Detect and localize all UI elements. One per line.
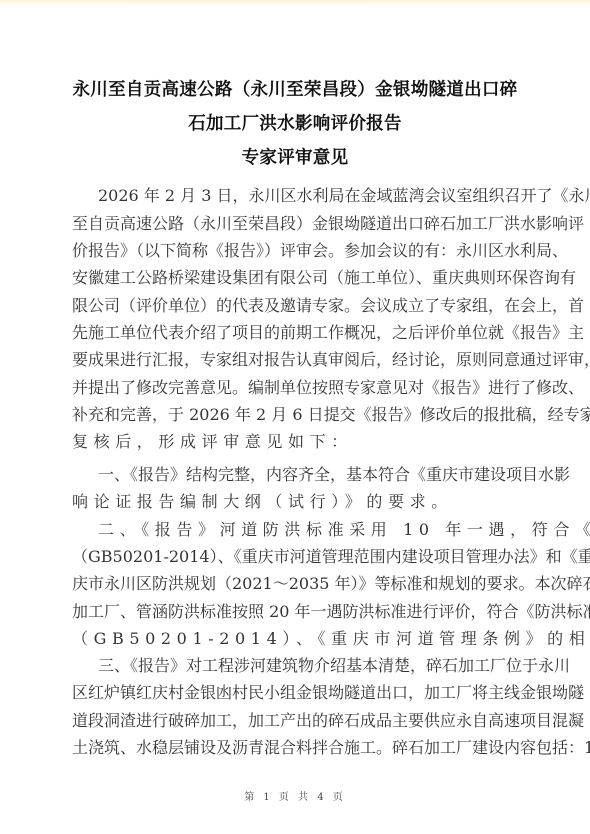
opinion-2-line: 庆市永川区防洪规划（2021～2035 年）》等标准和规划的要求。本次碎石 — [72, 574, 518, 594]
opinion-3-line: 道段洞渣进行破碎加工，加工产出的碎石成品主要供应永自高速项目混凝 — [72, 711, 518, 731]
paragraph-1-line: 先施工单位代表介绍了项目的前期工作概况，之后评价单位就《报告》主 — [72, 323, 518, 343]
opinion-2-line: 二、《报告》河道防洪标准采用 10 年一遇，符合《防洪标准》 — [98, 520, 518, 540]
opinion-3-line: 三、《报告》对工程涉河建筑物介绍基本清楚，碎石加工厂位于永川 — [98, 656, 518, 676]
paragraph-1-line: 至自贡高速公路（永川至荣昌段）金银坳隧道出口碎石加工厂洪水影响评 — [72, 214, 518, 234]
paragraph-1-line: 价报告》（以下简称《报告》）评审会。参加会议的有：永川区水利局、 — [72, 241, 518, 261]
paragraph-1-line: 安徽建工公路桥梁建设集团有限公司（施工单位）、重庆典则环保咨询有 — [72, 268, 518, 288]
opinion-3-line: 区红炉镇红庆村金银凼村民小组金银坳隧道出口，加工厂将主线金银坳隧 — [72, 683, 518, 703]
opinion-2-line: （GB50201-2014）、《重庆市河道管理条例》的相关要求。 — [72, 629, 518, 649]
paragraph-1-line: 要成果进行汇报，专家组对报告认真审阅后，经讨论，原则同意通过评审， — [72, 350, 518, 370]
document-page: 永川至自贡高速公路（永川至荣昌段）金银坳隧道出口碎 石加工厂洪水影响评价报告 专… — [0, 0, 590, 834]
opinion-1-line: 一、《报告》结构完整，内容齐全，基本符合《重庆市建设项目水影 — [98, 465, 518, 485]
paragraph-1-line: 并提出了修改完善意见。编制单位按照专家意见对《报告》进行了修改、 — [72, 378, 518, 398]
document-title-line-1: 永川至自贡高速公路（永川至荣昌段）金银坳隧道出口碎 — [0, 76, 590, 101]
opinion-3-line: 土浇筑、水稳层铺设及沥青混合料拌合施工。碎石加工厂建设内容包括：1 — [72, 738, 518, 758]
paragraph-1-line: 2026 年 2 月 3 日，永川区水利局在金域蓝湾会议室组织召开了《永川 — [98, 186, 518, 206]
document-subtitle: 专家评审意见 — [0, 144, 590, 169]
paragraph-1-line: 限公司（评价单位）的代表及邀请专家。会议成立了专家组，在会上，首 — [72, 296, 518, 316]
page-number: 第 1 页 共 4 页 — [0, 788, 590, 803]
paragraph-1-line: 复核后，形成评审意见如下： — [72, 432, 518, 452]
opinion-1-line: 响论证报告编制大纲（试行）》的要求。 — [72, 492, 518, 512]
opinion-2-line: （GB50201-2014）、《重庆市河道管理范围内建设项目管理办法》和《重 — [72, 547, 518, 567]
paragraph-1-line: 补充和完善，于 2026 年 2 月 6 日提交《报告》修改后的报批稿，经专家组 — [72, 405, 518, 425]
document-title-line-2: 石加工厂洪水影响评价报告 — [0, 110, 590, 135]
opinion-2-line: 加工厂、管涵防洪标准按照 20 年一遇防洪标准进行评价，符合《防洪标准》 — [72, 602, 518, 622]
